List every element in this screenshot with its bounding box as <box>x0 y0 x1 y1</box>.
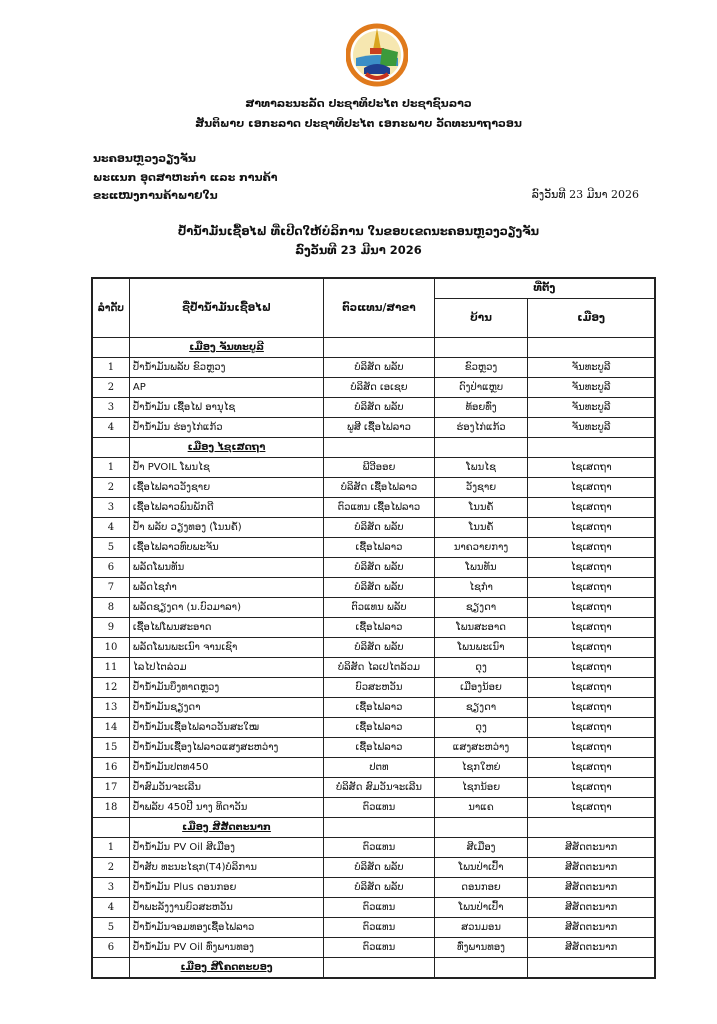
group-row: ເມືອງ ສີໂຄດຕະບອງ <box>92 958 655 979</box>
village: ສີເມືອງ <box>434 838 527 858</box>
village: ໄຊກໃຫຍ່ <box>434 758 527 778</box>
village: ດອນກອຍ <box>434 878 527 898</box>
district: ສີສັດຕະນາກ <box>528 858 655 878</box>
row-number: 10 <box>92 638 129 658</box>
row-number: 4 <box>92 418 129 438</box>
org-division: ຂະແໜງການຄ້າພາຍໃນ <box>93 189 218 202</box>
representative: ບໍລິສັດ ພລັບ <box>324 558 435 578</box>
village: ທົ່ງພານທອງ <box>434 938 527 958</box>
village: ແສງສະຫວ່າງ <box>434 738 527 758</box>
representative: ບໍລິສັດ ສົມວັນຈະເລີນ <box>324 778 435 798</box>
village: ດຸງ <box>434 718 527 738</box>
station-name: ເຊື້ອໄຟລາວພົນພັກດີ <box>129 498 323 518</box>
row-number: 6 <box>92 938 129 958</box>
station-name: ປ້ຳນ້ຳມັນເຊື້ອງໄຟລາວແສງສະຫວ່າງ <box>129 738 323 758</box>
village: ວັງຊາຍ <box>434 478 527 498</box>
row-number: 15 <box>92 738 129 758</box>
group-empty-cell <box>324 818 435 838</box>
district: ສີສັດຕະນາກ <box>528 938 655 958</box>
representative: ບໍລິສັດ ເຊື້ອໄຟລາວ <box>324 478 435 498</box>
representative: ບໍລິສັດ ພລັບ <box>324 878 435 898</box>
row-number: 4 <box>92 898 129 918</box>
group-empty-cell <box>434 438 527 458</box>
district: ໄຊເສດຖາ <box>528 618 655 638</box>
village: ໂພນໄຊ <box>434 458 527 478</box>
table-row: 16ປ້ຳນ້ຳມັນປຕທ450ປຕທໄຊກໃຫຍ່ໄຊເສດຖາ <box>92 758 655 778</box>
village: ຊຽງດາ <box>434 598 527 618</box>
org-department: ພະແນກ ອຸດສາຫະກຳ ແລະ ການຄ້າ <box>93 171 277 184</box>
station-name: ປ້ຳນ້ຳມັນເຊື້ອໄຟລາວວັນສະໃໝ <box>129 718 323 738</box>
row-number: 16 <box>92 758 129 778</box>
district: ໄຊເສດຖາ <box>528 798 655 818</box>
district: ໄຊເສດຖາ <box>528 758 655 778</box>
village: ໂພນທັນ <box>434 558 527 578</box>
representative: ຕົວແທນ <box>324 798 435 818</box>
district: ໄຊເສດຖາ <box>528 638 655 658</box>
table-row: 14ປ້ຳນ້ຳມັນເຊື້ອໄຟລາວວັນສະໃໝເຊື້ອໄຟລາວດຸ… <box>92 718 655 738</box>
group-empty-cell <box>92 958 129 979</box>
row-number: 1 <box>92 838 129 858</box>
district: ຈັນທະບູລີ <box>528 378 655 398</box>
village: ໄຊກນ້ອຍ <box>434 778 527 798</box>
group-empty-cell <box>434 338 527 358</box>
village: ຊຽງດາ <box>434 698 527 718</box>
group-empty-cell <box>528 818 655 838</box>
national-emblem-icon <box>346 22 408 88</box>
representative: ບໍລິສັດ ໄລເປໄຕລ້ວມ <box>324 658 435 678</box>
station-name: ປ້ຳນ້ຳມັນພລັບ ຂົວຫຼວງ <box>129 358 323 378</box>
village: ນາແຄ <box>434 798 527 818</box>
group-empty-cell <box>434 958 527 979</box>
group-empty-cell <box>434 818 527 838</box>
station-name: ປ້ຳພລັບ 450ປີ ນາງ ທິດາວັນ <box>129 798 323 818</box>
group-empty-cell <box>324 958 435 979</box>
org-city: ນະຄອນຫຼວງວຽງຈັນ <box>93 152 196 165</box>
row-number: 3 <box>92 498 129 518</box>
group-empty-cell <box>92 818 129 838</box>
station-name: ປ້ຳນ້ຳມັນ Plus ດອນກອຍ <box>129 878 323 898</box>
station-name: ເຊື້ອໄຟລາວທົບພະຈັນ <box>129 538 323 558</box>
representative: ເຊື້ອໄຟລາວ <box>324 738 435 758</box>
table-row: 5ປ້ຳນ້ຳມັນຈອມທອງເຊື້ອໄຟລາວຕົວແທນສວນມອນສີ… <box>92 918 655 938</box>
row-number: 14 <box>92 718 129 738</box>
row-number: 5 <box>92 918 129 938</box>
representative: ຕົວແທນ ເຊື້ອໄຟລາວ <box>324 498 435 518</box>
table-row: 6ປ້ຳນ້ຳມັນ PV Oil ທົ່ງພານທອງຕົວແທນທົ່ງພາ… <box>92 938 655 958</box>
table-row: 4ປ້ຳນ້ຳມັນ ຮ່ອງໄກ່ແກ້ວພູສີ ເຊື້ອໄຟລາວຮ່ອ… <box>92 418 655 438</box>
table-row: 18ປ້ຳພລັບ 450ປີ ນາງ ທິດາວັນຕົວແທນນາແຄໄຊເ… <box>92 798 655 818</box>
row-number: 11 <box>92 658 129 678</box>
row-number: 7 <box>92 578 129 598</box>
group-row: ເມືອງ ຈັນທະບູລີ <box>92 338 655 358</box>
row-number: 6 <box>92 558 129 578</box>
village: ໄຊກຳ <box>434 578 527 598</box>
row-number: 8 <box>92 598 129 618</box>
village: ໂພນສະອາດ <box>434 618 527 638</box>
table-row: 1ປ້ຳ PVOIL ໂພນໄຊພີວີອອຍໂພນໄຊໄຊເສດຖາ <box>92 458 655 478</box>
table-row: 12ປ້ຳນ້ຳມັນບຶງທາດຫຼວງບົວສະຫວັນເມືອງນ້ອຍໄ… <box>92 678 655 698</box>
row-number: 9 <box>92 618 129 638</box>
group-empty-cell <box>92 438 129 458</box>
row-number: 3 <box>92 398 129 418</box>
district: ຈັນທະບູລີ <box>528 398 655 418</box>
table-row: 7ພລັດໄຊກຳບໍລິສັດ ພລັບໄຊກຳໄຊເສດຖາ <box>92 578 655 598</box>
district: ສີສັດຕະນາກ <box>528 918 655 938</box>
station-name: ປ້ຳສົມວັນຈະເລີນ <box>129 778 323 798</box>
table-row: 4ປ້ຳພະລັງງານບົວສະຫວັນຕົວແທນໂພນປ່າເປົ້າສີ… <box>92 898 655 918</box>
representative: ບໍລິສັດ ພລັບ <box>324 518 435 538</box>
group-empty-cell <box>324 438 435 458</box>
village: ໂນນຄໍ້ <box>434 518 527 538</box>
station-name: ໄລໄປໄຕລ່ວມ <box>129 658 323 678</box>
table-row: 10ພລັດໂພນພະເນົາ ຈານເຊົາບໍລິສັດ ພລັບໂພນພະ… <box>92 638 655 658</box>
district: ໄຊເສດຖາ <box>528 478 655 498</box>
district: ສີສັດຕະນາກ <box>528 878 655 898</box>
table-row: 17ປ້ຳສົມວັນຈະເລີນບໍລິສັດ ສົມວັນຈະເລີນໄຊກ… <box>92 778 655 798</box>
representative: ບໍລິສັດ ພລັບ <box>324 358 435 378</box>
country-name: ສາທາລະນະລັດ ປະຊາທິປະໄຕ ປະຊາຊົນລາວ <box>0 97 717 110</box>
village: ສວນມອນ <box>434 918 527 938</box>
station-name: ປ້ຳນ້ຳມັນ PV Oil ທົ່ງພານທອງ <box>129 938 323 958</box>
representative: ຕົວແທນ <box>324 918 435 938</box>
fuel-station-table: ລຳດັບ ຊື່ປ້ຳນ້ຳມັນເຊື້ອໄຟ ຕົວແທນ/ສາຂາ ທີ… <box>91 277 656 979</box>
village: ເມືອງນ້ອຍ <box>434 678 527 698</box>
table-row: 15ປ້ຳນ້ຳມັນເຊື້ອງໄຟລາວແສງສະຫວ່າງເຊື້ອໄຟລ… <box>92 738 655 758</box>
district: ໄຊເສດຖາ <box>528 678 655 698</box>
representative: ພີວີອອຍ <box>324 458 435 478</box>
representative: ບໍລິສັດ ພລັບ <box>324 578 435 598</box>
station-name: ປ້ຳນ້ຳມັນ ເຊື້ອໄຟ ອານຸໄຊ <box>129 398 323 418</box>
table-row: 1ປ້ຳນ້ຳມັນພລັບ ຂົວຫຼວງບໍລິສັດ ພລັບຂົວຫຼວ… <box>92 358 655 378</box>
village: ທ້ອຍທົ່ງ <box>434 398 527 418</box>
group-empty-cell <box>92 338 129 358</box>
village: ໂພນປ່າເປົ້າ <box>434 898 527 918</box>
district: ໄຊເສດຖາ <box>528 778 655 798</box>
district: ໄຊເສດຖາ <box>528 498 655 518</box>
document-date: ລົງວັນທີ 23 ມີນາ 2026 <box>532 188 639 201</box>
row-number: 18 <box>92 798 129 818</box>
representative: ເຊື້ອໄຟລາວ <box>324 698 435 718</box>
table-row: 6ພລັດໂພນທັນບໍລິສັດ ພລັບໂພນທັນໄຊເສດຖາ <box>92 558 655 578</box>
header-station-name: ຊື່ປ້ຳນ້ຳມັນເຊື້ອໄຟ <box>129 278 323 338</box>
station-name: ປ້ຳນ້ຳມັນຈອມທອງເຊື້ອໄຟລາວ <box>129 918 323 938</box>
representative: ປຕທ <box>324 758 435 778</box>
group-empty-cell <box>324 338 435 358</box>
district: ໄຊເສດຖາ <box>528 458 655 478</box>
village: ນາຄວາຍກາງ <box>434 538 527 558</box>
station-name: ພລັດໂພນພະເນົາ ຈານເຊົາ <box>129 638 323 658</box>
header-village: ບ້ານ <box>434 299 527 338</box>
table-row: 2APບໍລິສັດ ເອເຊຍດົງປ່າແຫຼບຈັນທະບູລີ <box>92 378 655 398</box>
station-name: ປ້ຳ PVOIL ໂພນໄຊ <box>129 458 323 478</box>
district-group-title: ເມືອງ ໄຊເສດຖາ <box>129 438 323 458</box>
representative: ພູສີ ເຊື້ອໄຟລາວ <box>324 418 435 438</box>
district-group-title: ເມືອງ ສີໂຄດຕະບອງ <box>129 958 323 979</box>
header-no: ລຳດັບ <box>92 278 129 338</box>
header-location: ທີ່ຕັ້ງ <box>434 278 655 299</box>
table-row: 13ປ້ຳນ້ຳມັນຊຽງດາເຊື້ອໄຟລາວຊຽງດາໄຊເສດຖາ <box>92 698 655 718</box>
station-name: ປ້ຳນ້ຳມັນຊຽງດາ <box>129 698 323 718</box>
representative: ບໍລິສັດ ພລັບ <box>324 858 435 878</box>
station-name: ເຊື້ອໄຟລາວວັງຊາຍ <box>129 478 323 498</box>
header-representative: ຕົວແທນ/ສາຂາ <box>324 278 435 338</box>
district: ຈັນທະບູລີ <box>528 358 655 378</box>
village: ໂພນພະເນົາ <box>434 638 527 658</box>
representative: ບໍລິສັດ ເອເຊຍ <box>324 378 435 398</box>
representative: ເຊື້ອໄຟລາວ <box>324 618 435 638</box>
district: ຈັນທະບູລີ <box>528 418 655 438</box>
station-name: ປ້ຳພະລັງງານບົວສະຫວັນ <box>129 898 323 918</box>
district: ໄຊເສດຖາ <box>528 658 655 678</box>
group-empty-cell <box>528 958 655 979</box>
village: ດົງປ່າແຫຼບ <box>434 378 527 398</box>
row-number: 5 <box>92 538 129 558</box>
table-row: 11ໄລໄປໄຕລ່ວມບໍລິສັດ ໄລເປໄຕລ້ວມດຸງໄຊເສດຖາ <box>92 658 655 678</box>
table-row: 1ປ້ຳນ້ຳມັນ PV Oil ສີເມືອງຕົວແທນສີເມືອງສີ… <box>92 838 655 858</box>
district-group-title: ເມືອງ ສີສັດຕະນາກ <box>129 818 323 838</box>
district-group-title: ເມືອງ ຈັນທະບູລີ <box>129 338 323 358</box>
representative: ເຊື້ອໄຟລາວ <box>324 718 435 738</box>
representative: ຕົວແທນ <box>324 938 435 958</box>
station-name: ພລັດໂພນທັນ <box>129 558 323 578</box>
table-row: 2ເຊື້ອໄຟລາວວັງຊາຍບໍລິສັດ ເຊື້ອໄຟລາວວັງຊາ… <box>92 478 655 498</box>
row-number: 1 <box>92 358 129 378</box>
representative: ບໍລິສັດ ພລັບ <box>324 398 435 418</box>
header-district: ເມືອງ <box>528 299 655 338</box>
station-name: ປ້ຳນ້ຳມັນ ຮ່ອງໄກ່ແກ້ວ <box>129 418 323 438</box>
station-name: ພລັດໄຊກຳ <box>129 578 323 598</box>
station-name: ປ້ຳນ້ຳມັນປຕທ450 <box>129 758 323 778</box>
table-row: 9ເຊື້ອໄຟໂພນສະອາດເຊື້ອໄຟລາວໂພນສະອາດໄຊເສດຖ… <box>92 618 655 638</box>
representative: ຕົວແທນ <box>324 898 435 918</box>
district: ໄຊເສດຖາ <box>528 518 655 538</box>
station-name: ປ້ຳນ້ຳມັນ PV Oil ສີເມືອງ <box>129 838 323 858</box>
district: ໄຊເສດຖາ <box>528 738 655 758</box>
table-row: 3ປ້ຳນ້ຳມັນ Plus ດອນກອຍບໍລິສັດ ພລັບດອນກອຍ… <box>92 878 655 898</box>
village: ຂົວຫຼວງ <box>434 358 527 378</box>
district: ສີສັດຕະນາກ <box>528 898 655 918</box>
national-motto: ສັນຕິພາບ ເອກະລາດ ປະຊາທິປະໄຕ ເອກະພາບ ວັດທ… <box>0 117 717 130</box>
district: ໄຊເສດຖາ <box>528 718 655 738</box>
station-name: ປ້ຳສັບ ທະນະໄຊກ(T4)ບໍລິການ <box>129 858 323 878</box>
row-number: 2 <box>92 378 129 398</box>
row-number: 12 <box>92 678 129 698</box>
row-number: 13 <box>92 698 129 718</box>
representative: ຕົວແທນ ພລັບ <box>324 598 435 618</box>
district: ໄຊເສດຖາ <box>528 538 655 558</box>
station-name: ປ້ຳນ້ຳມັນບຶງທາດຫຼວງ <box>129 678 323 698</box>
village: ໂພນປ່າເປົ້າ <box>434 858 527 878</box>
group-row: ເມືອງ ສີສັດຕະນາກ <box>92 818 655 838</box>
station-name: ເຊື້ອໄຟໂພນສະອາດ <box>129 618 323 638</box>
village: ຮ່ອງໄກ່ແກ້ວ <box>434 418 527 438</box>
group-empty-cell <box>528 438 655 458</box>
district: ສີສັດຕະນາກ <box>528 838 655 858</box>
station-name: ປ້ຳ ພລັບ ວຽງທອງ (ໂນນຄໍ້) <box>129 518 323 538</box>
table-row: 4ປ້ຳ ພລັບ ວຽງທອງ (ໂນນຄໍ້)ບໍລິສັດ ພລັບໂນນ… <box>92 518 655 538</box>
group-row: ເມືອງ ໄຊເສດຖາ <box>92 438 655 458</box>
district: ໄຊເສດຖາ <box>528 698 655 718</box>
representative: ບົວສະຫວັນ <box>324 678 435 698</box>
table-row: 2ປ້ຳສັບ ທະນະໄຊກ(T4)ບໍລິການບໍລິສັດ ພລັບໂພ… <box>92 858 655 878</box>
row-number: 3 <box>92 878 129 898</box>
representative: ເຊື້ອໄຟລາວ <box>324 538 435 558</box>
table-row: 3ປ້ຳນ້ຳມັນ ເຊື້ອໄຟ ອານຸໄຊບໍລິສັດ ພລັບທ້ອ… <box>92 398 655 418</box>
document-subtitle-date: ລົງວັນທີ 23 ມີນາ 2026 <box>0 243 717 257</box>
village: ໂນນຄໍ້ <box>434 498 527 518</box>
row-number: 4 <box>92 518 129 538</box>
group-empty-cell <box>528 338 655 358</box>
row-number: 2 <box>92 478 129 498</box>
table-row: 8ພລັດຊຽງດາ (ນ.ບົວມາລາ)ຕົວແທນ ພລັບຊຽງດາໄຊ… <box>92 598 655 618</box>
document-title: ປ້ຳນ້ຳມັນເຊື້ອໄຟ ທີ່ເປີດໃຫ້ບໍລິການ ໃນຂອບ… <box>0 224 717 238</box>
district: ໄຊເສດຖາ <box>528 558 655 578</box>
representative: ບໍລິສັດ ພລັບ <box>324 638 435 658</box>
row-number: 1 <box>92 458 129 478</box>
row-number: 17 <box>92 778 129 798</box>
representative: ຕົວແທນ <box>324 838 435 858</box>
table-row: 3ເຊື້ອໄຟລາວພົນພັກດີຕົວແທນ ເຊື້ອໄຟລາວໂນນຄ… <box>92 498 655 518</box>
table-row: 5ເຊື້ອໄຟລາວທົບພະຈັນເຊື້ອໄຟລາວນາຄວາຍກາງໄຊ… <box>92 538 655 558</box>
district: ໄຊເສດຖາ <box>528 598 655 618</box>
station-name: AP <box>129 378 323 398</box>
station-name: ພລັດຊຽງດາ (ນ.ບົວມາລາ) <box>129 598 323 618</box>
row-number: 2 <box>92 858 129 878</box>
village: ດຸງ <box>434 658 527 678</box>
district: ໄຊເສດຖາ <box>528 578 655 598</box>
